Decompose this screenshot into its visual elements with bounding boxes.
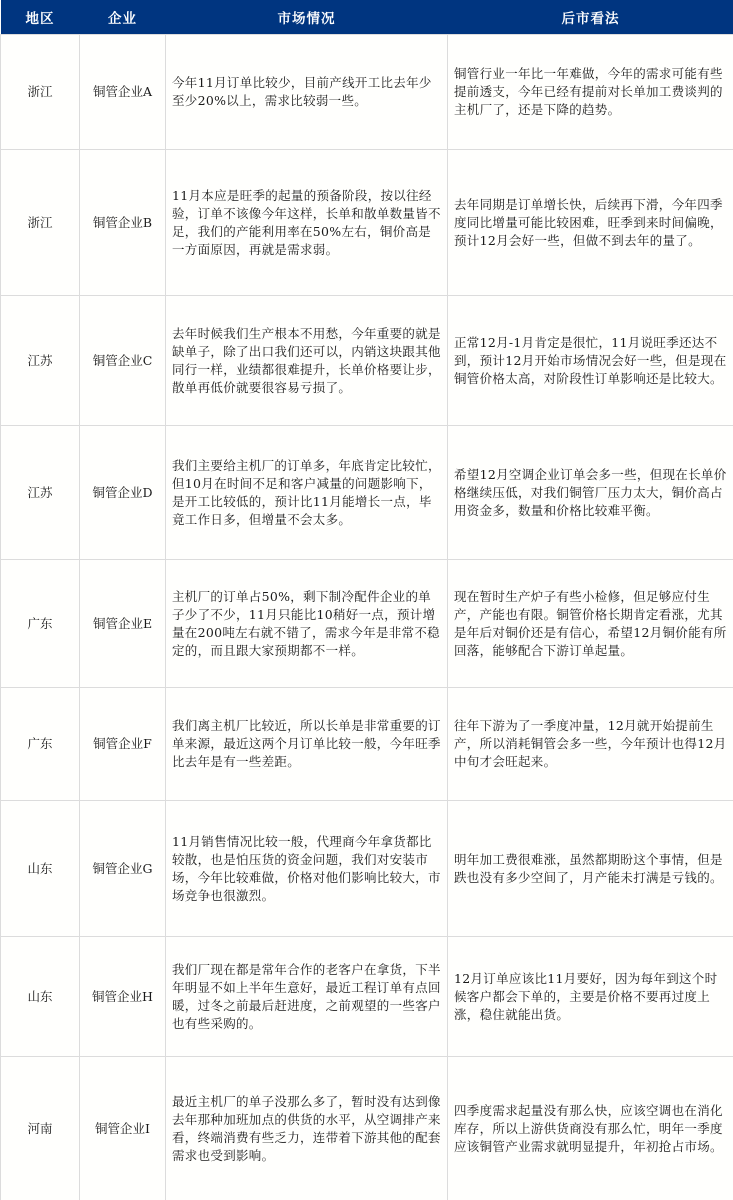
table-row: 江苏 铜管企业D 我们主要给主机厂的订单多，年底肯定比较忙，但10月在时间不足和… (1, 426, 733, 560)
header-company: 企业 (80, 0, 166, 35)
header-outlook: 后市看法 (448, 0, 733, 35)
company-cell: 铜管企业C (80, 296, 166, 426)
market-cell: 我们厂现在都是常年合作的老客户在拿货，下半年明显不如上半年生意好，最近工程订单有… (166, 937, 448, 1057)
table-row: 山东 铜管企业G 11月销售情况比较一般，代理商今年拿货都比较散，也是怕压货的资… (1, 801, 733, 937)
market-cell: 去年时候我们生产根本不用愁，今年重要的就是缺单子，除了出口我们还可以，内销这块跟… (166, 296, 448, 426)
company-cell: 铜管企业H (80, 937, 166, 1057)
outlook-cell: 四季度需求起量没有那么快，应该空调也在消化库存，所以上游供货商没有那么忙，明年一… (448, 1057, 733, 1200)
outlook-cell: 正常12月-1月肯定是很忙，11月说旺季还达不到，预计12月开始市场情况会好一些… (448, 296, 733, 426)
table-row: 浙江 铜管企业A 今年11月订单比较少，目前产线开工比去年少至少20%以上，需求… (1, 35, 733, 150)
company-cell: 铜管企业D (80, 426, 166, 560)
table-row: 河南 铜管企业I 最近主机厂的单子没那么多了，暂时没有达到像去年那种加班加点的供… (1, 1057, 733, 1200)
header-region: 地区 (1, 0, 80, 35)
market-cell: 最近主机厂的单子没那么多了，暂时没有达到像去年那种加班加点的供货的水平，从空调排… (166, 1057, 448, 1200)
region-cell: 浙江 (1, 150, 80, 296)
company-cell: 铜管企业I (80, 1057, 166, 1200)
region-cell: 河南 (1, 1057, 80, 1200)
region-cell: 浙江 (1, 35, 80, 150)
header-market: 市场情况 (166, 0, 448, 35)
table-row: 江苏 铜管企业C 去年时候我们生产根本不用愁，今年重要的就是缺单子，除了出口我们… (1, 296, 733, 426)
region-cell: 山东 (1, 801, 80, 937)
table-body: 浙江 铜管企业A 今年11月订单比较少，目前产线开工比去年少至少20%以上，需求… (1, 35, 733, 1200)
region-cell: 广东 (1, 560, 80, 688)
market-cell: 11月本应是旺季的起量的预备阶段，按以往经验，订单不该像今年这样，长单和散单数量… (166, 150, 448, 296)
outlook-cell: 铜管行业一年比一年难做，今年的需求可能有些提前透支，今年已经有提前对长单加工费谈… (448, 35, 733, 150)
region-cell: 山东 (1, 937, 80, 1057)
company-cell: 铜管企业E (80, 560, 166, 688)
outlook-cell: 去年同期是订单增长快，后续再下滑，今年四季度同比增量可能比较困难，旺季到来时间偏… (448, 150, 733, 296)
market-cell: 我们主要给主机厂的订单多，年底肯定比较忙，但10月在时间不足和客户减量的问题影响… (166, 426, 448, 560)
region-cell: 广东 (1, 688, 80, 801)
outlook-cell: 希望12月空调企业订单会多一些，但现在长单价格继续压低，对我们铜管厂压力太大，铜… (448, 426, 733, 560)
company-cell: 铜管企业B (80, 150, 166, 296)
company-cell: 铜管企业A (80, 35, 166, 150)
header-row: 地区 企业 市场情况 后市看法 (1, 0, 733, 35)
outlook-cell: 明年加工费很难涨，虽然都期盼这个事情，但是跌也没有多少空间了，月产能未打满是亏钱… (448, 801, 733, 937)
table-header: 地区 企业 市场情况 后市看法 (1, 0, 733, 35)
outlook-cell: 12月订单应该比11月要好，因为每年到这个时候客户都会下单的，主要是价格不要再过… (448, 937, 733, 1057)
region-cell: 江苏 (1, 426, 80, 560)
company-cell: 铜管企业F (80, 688, 166, 801)
region-cell: 江苏 (1, 296, 80, 426)
table-row: 山东 铜管企业H 我们厂现在都是常年合作的老客户在拿货，下半年明显不如上半年生意… (1, 937, 733, 1057)
company-cell: 铜管企业G (80, 801, 166, 937)
table-row: 浙江 铜管企业B 11月本应是旺季的起量的预备阶段，按以往经验，订单不该像今年这… (1, 150, 733, 296)
market-cell: 今年11月订单比较少，目前产线开工比去年少至少20%以上，需求比较弱一些。 (166, 35, 448, 150)
outlook-cell: 现在暂时生产炉子有些小检修，但足够应付生产，产能也有限。铜管价格长期肯定看涨，尤… (448, 560, 733, 688)
copper-tube-survey-table: 地区 企业 市场情况 后市看法 浙江 铜管企业A 今年11月订单比较少，目前产线… (0, 0, 733, 1200)
outlook-cell: 往年下游为了一季度冲量，12月就开始提前生产，所以消耗铜管会多一些，今年预计也得… (448, 688, 733, 801)
table-row: 广东 铜管企业F 我们离主机厂比较近，所以长单是非常重要的订单来源，最近这两个月… (1, 688, 733, 801)
market-cell: 我们离主机厂比较近，所以长单是非常重要的订单来源，最近这两个月订单比较一般，今年… (166, 688, 448, 801)
table-row: 广东 铜管企业E 主机厂的订单占50%，剩下制冷配件企业的单子少了不少，11月只… (1, 560, 733, 688)
market-cell: 主机厂的订单占50%，剩下制冷配件企业的单子少了不少，11月只能比10稍好一点，… (166, 560, 448, 688)
market-cell: 11月销售情况比较一般，代理商今年拿货都比较散，也是怕压货的资金问题，我们对安装… (166, 801, 448, 937)
